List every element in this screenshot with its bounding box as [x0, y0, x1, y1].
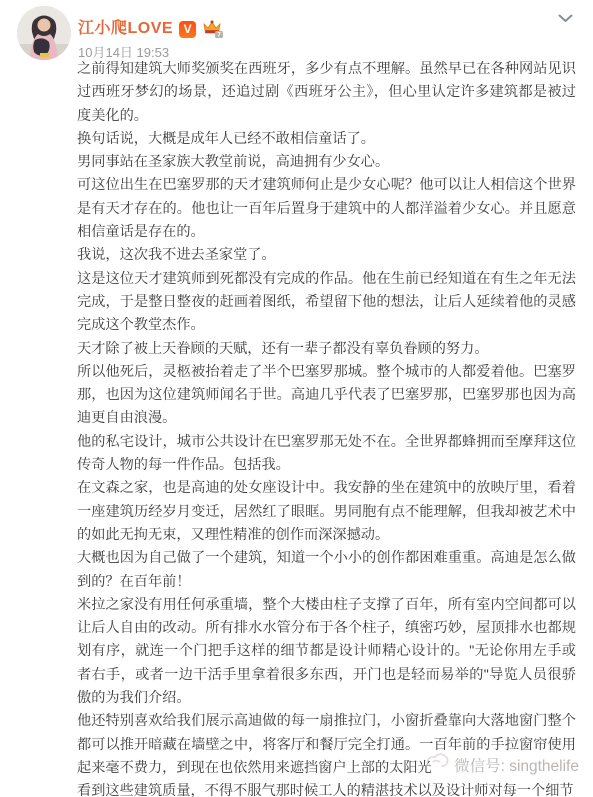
paragraph: 他的私宅设计，城市公共设计在巴塞罗那无处不在。全世界都蜂拥而至摩拜这位传奇人物的… — [77, 431, 576, 478]
vip-crown-icon: 7 — [202, 20, 224, 39]
paragraph: 这是这位天才建筑师到死都没有完成的作品。他在生前已经知道在有生之年无法完成，于是… — [77, 268, 576, 338]
avatar-photo — [17, 6, 71, 60]
post-body: 之前得知建筑大师奖颁奖在西班牙，多少有点不理解。虽然早已在各种网站见识过西班牙梦… — [77, 58, 576, 797]
paragraph: 男同事站在圣家族大教堂前说，高迪拥有少女心。 — [77, 151, 576, 174]
paragraph: 米拉之家没有用任何承重墙，整个大楼由柱子支撑了百年，所有室内空间都可以让后人自由… — [77, 594, 576, 710]
paragraph: 看到这些建筑质量，不得不服气那时候工人的精湛技术以及设计师对每一个细节 — [77, 780, 576, 797]
paragraph: 可这位出生在巴塞罗那的天才建筑师何止是少女心呢？他可以让人相信这个世界是有天才存… — [77, 174, 576, 244]
paragraph: 换句话说，大概是成年人已经不敢相信童话了。 — [77, 128, 576, 151]
paragraph: 他还特别喜欢给我们展示高迪做的每一扇推拉门，小窗折叠靠向大落地窗门整个都可以推开… — [77, 710, 576, 780]
author-username[interactable]: 江小爬LOVE — [78, 19, 173, 39]
svg-text:7: 7 — [217, 31, 221, 38]
paragraph: 天才除了被上天眷顾的天赋，还有一辈子都没有辜负眷顾的努力。 — [77, 338, 576, 361]
paragraph: 之前得知建筑大师奖颁奖在西班牙，多少有点不理解。虽然早已在各种网站见识过西班牙梦… — [77, 58, 576, 128]
verified-v-icon: V — [179, 21, 196, 38]
paragraph: 所以他死后，灵柩被抬着走了半个巴塞罗那城。整个城市的人都爱着他。巴塞罗那，也因为… — [77, 361, 576, 431]
chevron-down-icon[interactable] — [555, 10, 575, 26]
paragraph: 在文森之家，也是高迪的处女座设计中。我安静的坐在建筑中的放映厅里，看着一座建筑历… — [77, 477, 576, 547]
avatar[interactable] — [17, 6, 71, 60]
paragraph: 大概也因为自己做了一个建筑，知道一个小小的创作都困难重重。高迪是怎么做到的？在百… — [77, 547, 576, 594]
author-row: 江小爬LOVE V 7 — [78, 19, 224, 39]
paragraph: 我说，这次我不进去圣家堂了。 — [77, 244, 576, 267]
